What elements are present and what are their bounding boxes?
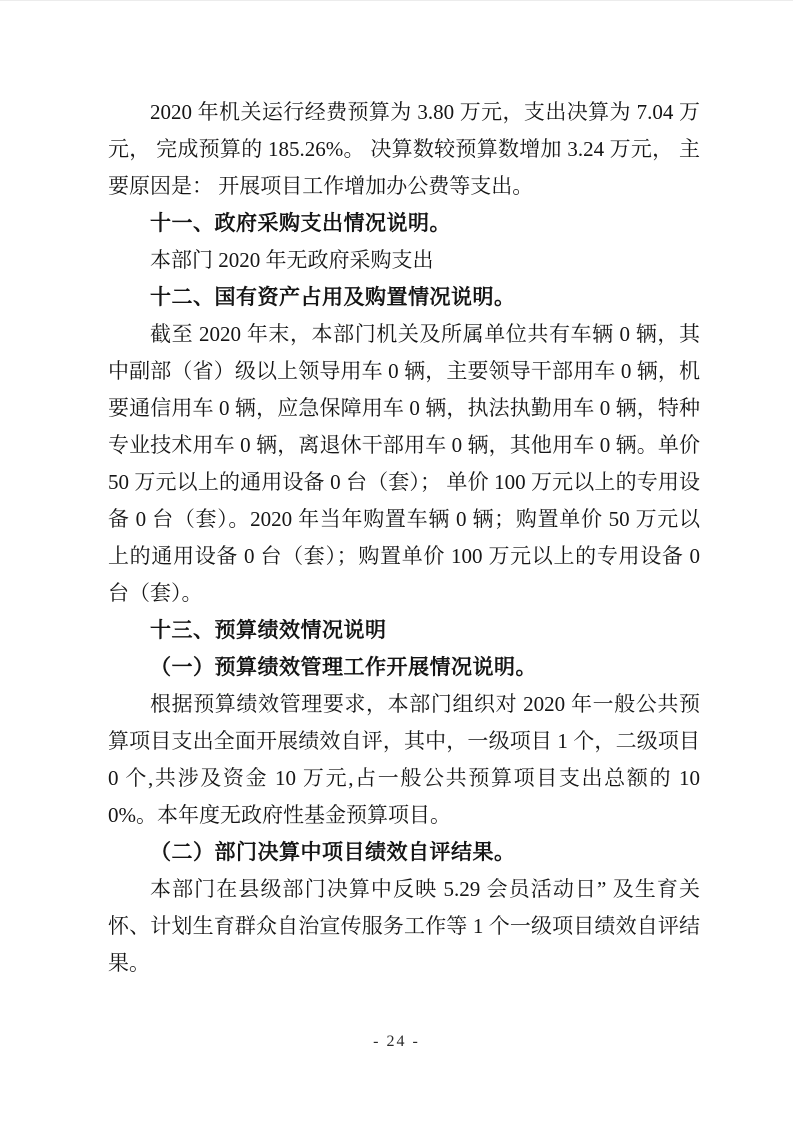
section-heading: 十二、国有资产占用及购置情况说明。 [108, 279, 700, 316]
document-body: 2020 年机关运行经费预算为 3.80 万元，支出决算为 7.04 万元， 完… [108, 94, 700, 982]
paragraph: 根据预算绩效管理要求，本部门组织对 2020 年一般公共预算项目支出全面开展绩效… [108, 686, 700, 834]
paragraph: 本部门在县级部门决算中反映 5.29 会员活动日” 及生育关怀、计划生育群众自治… [108, 871, 700, 982]
paragraph: 2020 年机关运行经费预算为 3.80 万元，支出决算为 7.04 万元， 完… [108, 94, 700, 205]
page-number: - 24 - [0, 1033, 793, 1051]
section-heading: （一）预算绩效管理工作开展情况说明。 [108, 649, 700, 686]
section-heading: 十三、预算绩效情况说明 [108, 612, 700, 649]
paragraph: 本部门 2020 年无政府采购支出 [108, 242, 700, 279]
section-heading: （二）部门决算中项目绩效自评结果。 [108, 834, 700, 871]
paragraph: 截至 2020 年末，本部门机关及所属单位共有车辆 0 辆，其中副部（省）级以上… [108, 316, 700, 612]
section-heading: 十一、政府采购支出情况说明。 [108, 205, 700, 242]
document-page: 2020 年机关运行经费预算为 3.80 万元，支出决算为 7.04 万元， 完… [0, 0, 793, 1123]
